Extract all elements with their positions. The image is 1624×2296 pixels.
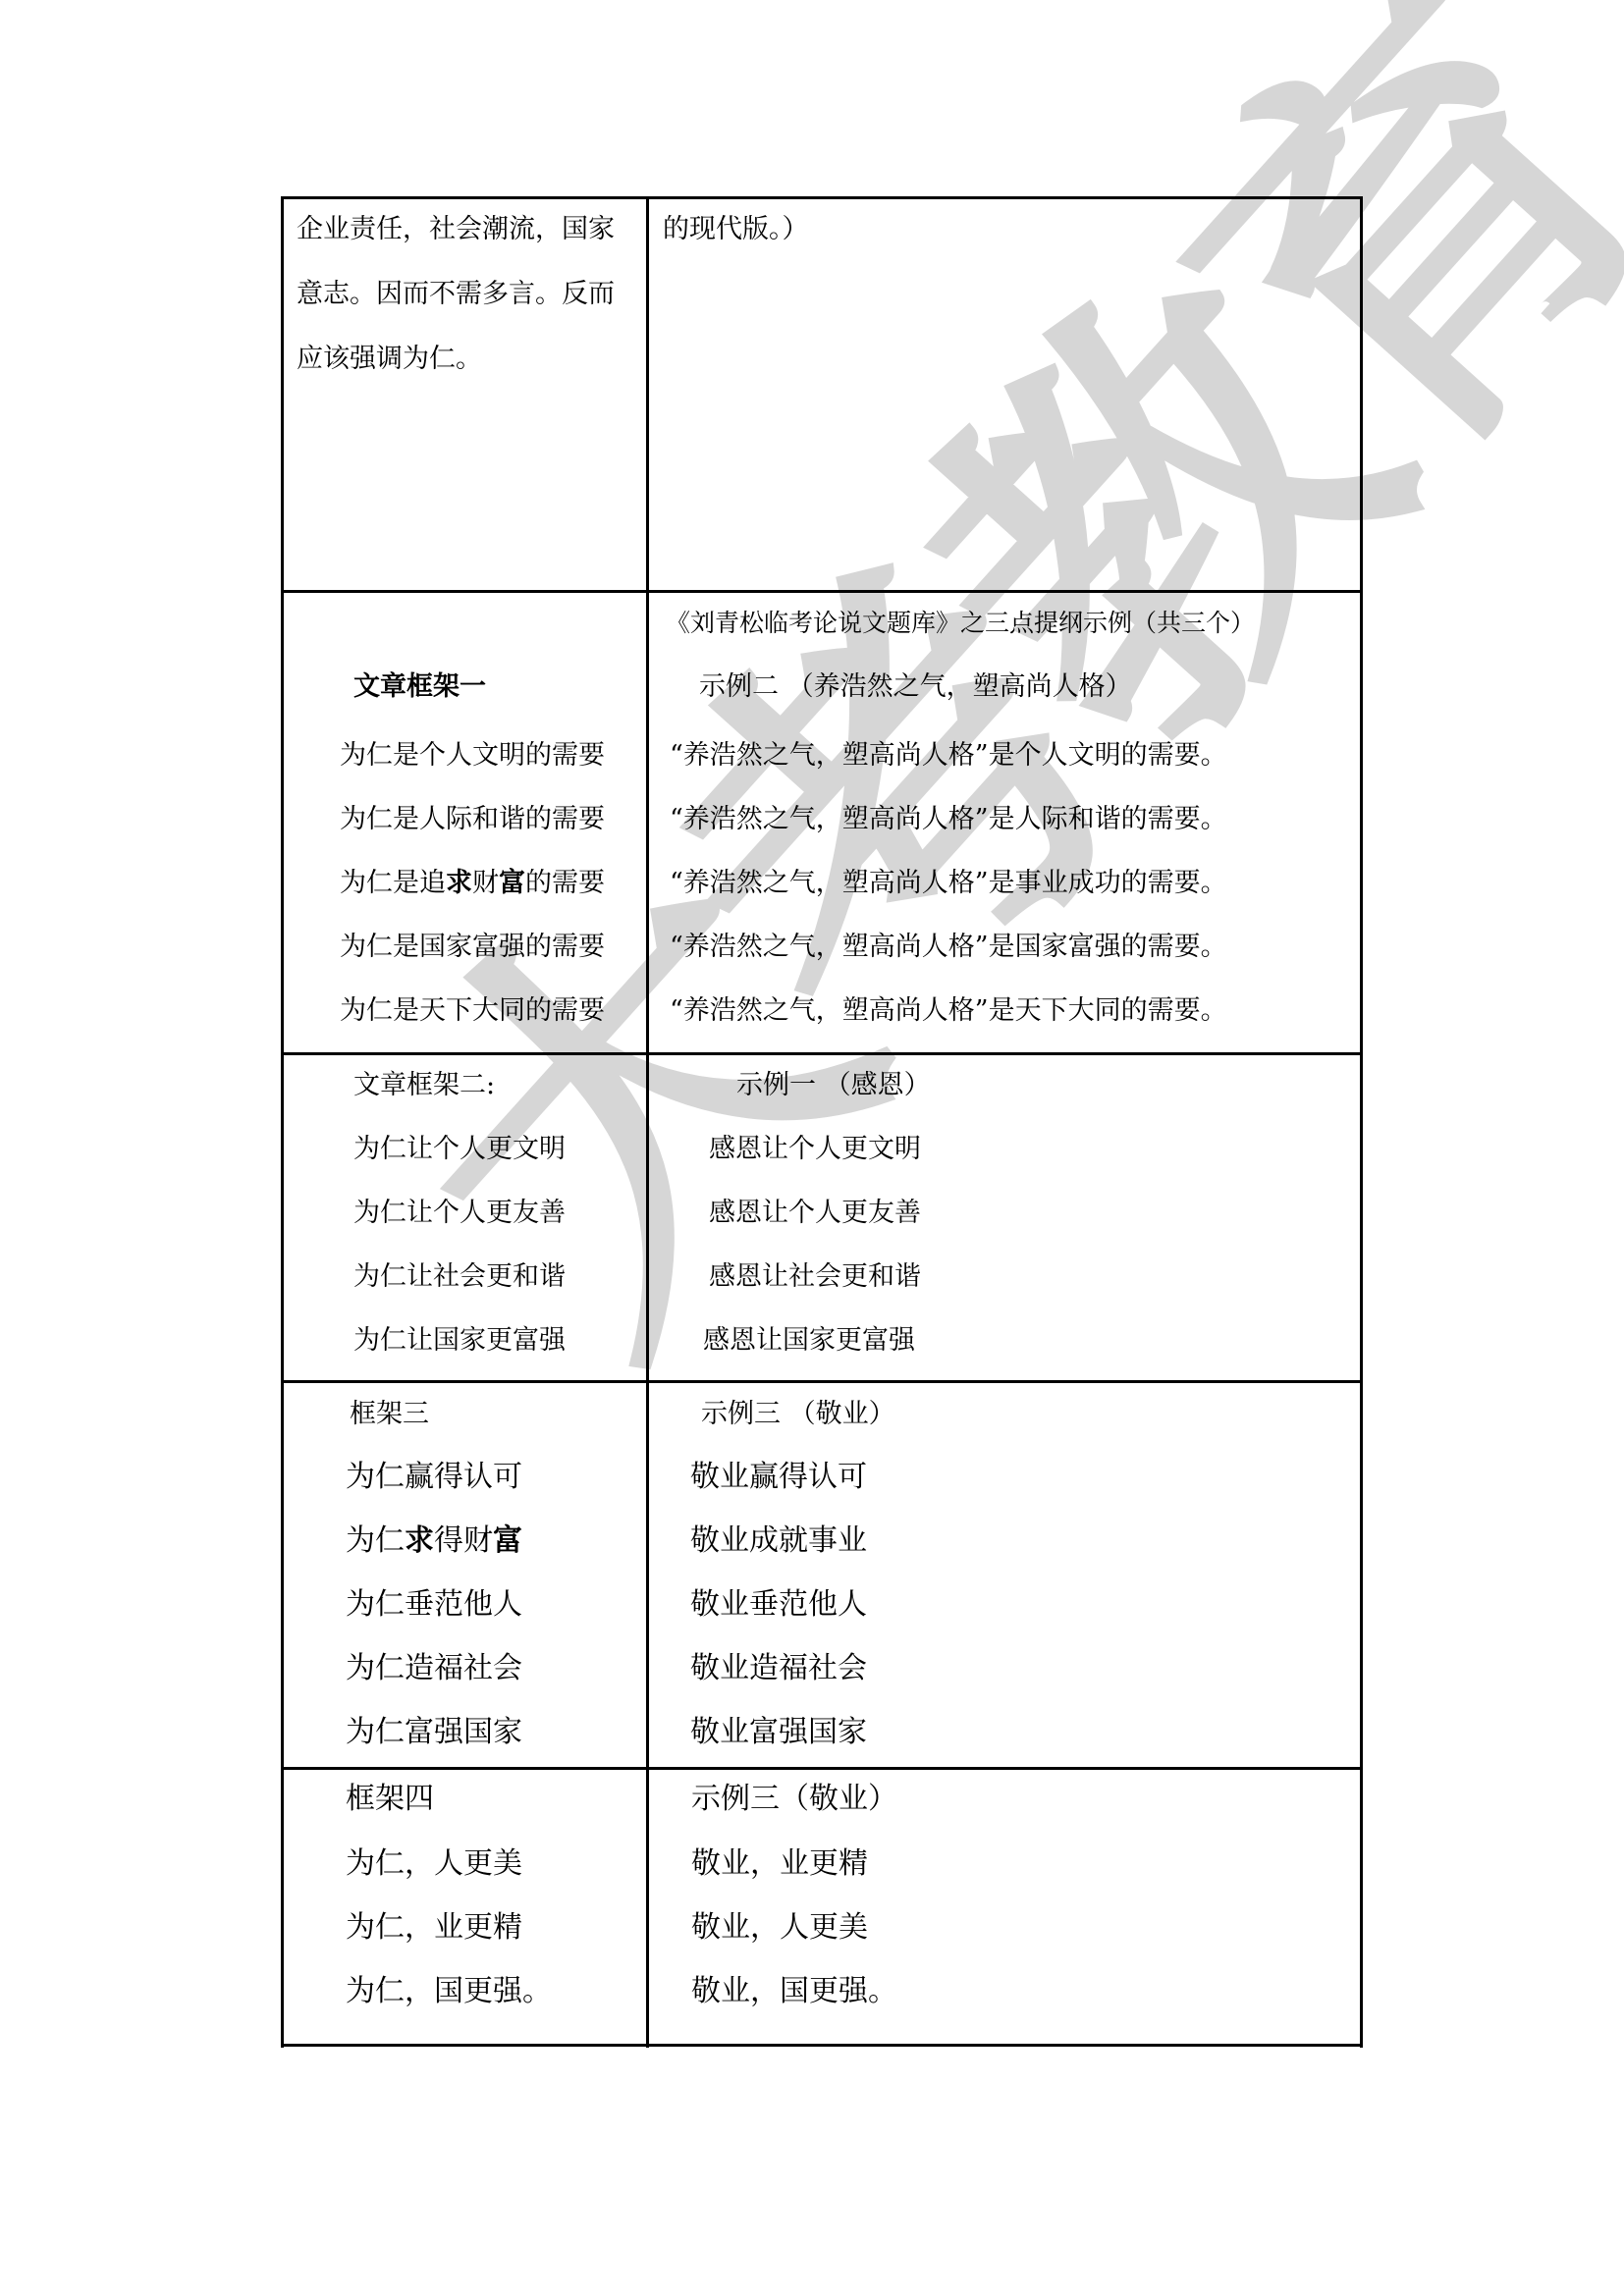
document-page: 大考教育 企业责任，社会潮流，国家 意志。因而不需多言。反而 应该强调为仁。 的… bbox=[0, 0, 1624, 2296]
table-border-left bbox=[281, 196, 284, 2048]
text-part: 得财 bbox=[434, 1523, 493, 1558]
example-point: “养浩然之气，塑高尚人格”是天下大同的需要。 bbox=[670, 997, 1227, 1024]
cell-text: 企业责任，社会潮流，国家 bbox=[297, 216, 615, 242]
framework-point: 为仁是国家富强的需要 bbox=[340, 934, 605, 960]
text-part: 为仁是追 bbox=[340, 868, 446, 898]
framework-point: 为仁赢得认可 bbox=[346, 1463, 522, 1492]
text-part: 财 bbox=[472, 868, 499, 898]
example-point: 敬业，业更精 bbox=[691, 1849, 868, 1879]
framework-point: 为仁让社会更和谐 bbox=[353, 1263, 566, 1290]
column-divider bbox=[646, 196, 649, 2048]
row-divider bbox=[281, 1380, 1363, 1383]
example-heading: 示例三（敬业） bbox=[691, 1785, 897, 1814]
row-divider bbox=[281, 1052, 1363, 1055]
example-heading: 示例一 （感恩） bbox=[736, 1072, 931, 1098]
framework-point: 为仁让个人更友善 bbox=[353, 1200, 566, 1226]
cell-text: 应该强调为仁。 bbox=[297, 346, 482, 372]
example-point: 感恩让国家更富强 bbox=[703, 1327, 915, 1354]
framework-heading: 框架三 bbox=[350, 1401, 429, 1427]
example-point: “养浩然之气，塑高尚人格”是个人文明的需要。 bbox=[670, 742, 1227, 769]
example-point: 敬业赢得认可 bbox=[690, 1463, 867, 1492]
example-heading: 示例二 （养浩然之气，塑高尚人格） bbox=[699, 673, 1132, 700]
framework-point: 为仁，人更美 bbox=[346, 1849, 522, 1879]
example-point: “养浩然之气，塑高尚人格”是国家富强的需要。 bbox=[670, 934, 1227, 960]
text-part: 为仁 bbox=[346, 1523, 405, 1558]
cell-text: 意志。因而不需多言。反而 bbox=[297, 281, 615, 307]
example-point: “养浩然之气，塑高尚人格”是事业成功的需要。 bbox=[670, 870, 1227, 896]
framework-point: 为仁是天下大同的需要 bbox=[340, 997, 605, 1024]
cell-text: 的现代版。） bbox=[663, 216, 809, 242]
bold-text: 富 bbox=[493, 1523, 522, 1558]
example-point: 敬业成就事业 bbox=[690, 1526, 867, 1556]
row-divider bbox=[281, 590, 1363, 593]
example-point: 感恩让个人更友善 bbox=[709, 1200, 921, 1226]
table-border-bottom bbox=[281, 2044, 1363, 2047]
example-point: 敬业，人更美 bbox=[691, 1913, 868, 1943]
framework-heading: 文章框架一 bbox=[353, 673, 486, 700]
example-point: 感恩让个人更文明 bbox=[709, 1136, 921, 1162]
framework-point: 为仁垂范他人 bbox=[346, 1590, 522, 1620]
example-point: 感恩让社会更和谐 bbox=[709, 1263, 921, 1290]
row-divider bbox=[281, 1767, 1363, 1770]
framework-point: 为仁是追求财富的需要 bbox=[340, 870, 605, 896]
bold-text: 富 bbox=[499, 868, 525, 898]
example-point: 敬业垂范他人 bbox=[690, 1590, 867, 1620]
framework-point: 为仁是人际和谐的需要 bbox=[340, 806, 605, 832]
framework-point: 为仁让个人更文明 bbox=[353, 1136, 566, 1162]
framework-point: 为仁富强国家 bbox=[346, 1718, 522, 1747]
text-part: 的需要 bbox=[525, 868, 605, 898]
bold-text: 求 bbox=[446, 868, 472, 898]
table-border-right bbox=[1360, 196, 1363, 2048]
framework-point: 为仁造福社会 bbox=[346, 1654, 522, 1683]
framework-point: 为仁，国更强。 bbox=[346, 1977, 552, 2006]
example-point: “养浩然之气，塑高尚人格”是人际和谐的需要。 bbox=[670, 806, 1227, 832]
section-caption: 《刘青松临考论说文题库》之三点提纲示例（共三个） bbox=[666, 611, 1255, 635]
framework-point: 为仁求得财富 bbox=[346, 1526, 522, 1556]
framework-heading: 文章框架二: bbox=[353, 1072, 495, 1098]
framework-point: 为仁让国家更富强 bbox=[353, 1327, 566, 1354]
example-point: 敬业富强国家 bbox=[690, 1718, 867, 1747]
example-point: 敬业，国更强。 bbox=[691, 1977, 897, 2006]
example-heading: 示例三 （敬业） bbox=[701, 1401, 895, 1427]
framework-heading: 框架四 bbox=[346, 1785, 434, 1814]
table-border-top bbox=[281, 196, 1363, 199]
bold-text: 求 bbox=[405, 1523, 434, 1558]
framework-point: 为仁是个人文明的需要 bbox=[340, 742, 605, 769]
framework-point: 为仁，业更精 bbox=[346, 1913, 522, 1943]
example-point: 敬业造福社会 bbox=[690, 1654, 867, 1683]
